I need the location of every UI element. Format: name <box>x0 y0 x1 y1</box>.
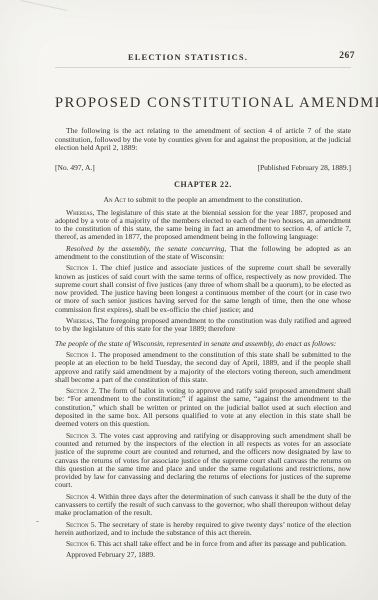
scan-crease-artifact <box>20 0 67 11</box>
page-number: 267 <box>339 51 355 61</box>
whereas-clause-1: Whereas, The legislature of this state a… <box>55 209 351 242</box>
running-header: ELECTION STATISTICS. 267 <box>55 52 351 63</box>
enacting-clause: The people of the state of Wisconsin, re… <box>55 340 351 348</box>
amendment-text-section-1: Section 1. The chief justice and associa… <box>55 264 351 314</box>
section-text: This act shall take effect and be in for… <box>98 539 347 548</box>
section-lead: Section 6. <box>66 539 96 548</box>
published-date: [Published February 28, 1889.] <box>257 163 351 172</box>
paragraph-text: The foregoing proposed amendment to the … <box>55 316 351 333</box>
act-section-5: Section 5. The secretary of state is her… <box>55 521 351 538</box>
chapter-heading: CHAPTER 22. <box>55 180 351 189</box>
scanned-book-page: ELECTION STATISTICS. 267 PROPOSED CONSTI… <box>0 0 378 600</box>
section-text: The votes cast approving and ratifying o… <box>55 431 351 490</box>
section-text: The secretary of state is hereby require… <box>55 520 351 537</box>
act-section-1: Section 1. The proposed amendment to the… <box>55 351 351 384</box>
act-caption-text: to submit to the people an amendment to … <box>128 195 303 204</box>
intro-paragraph: The following is the act relating to the… <box>55 127 351 153</box>
section-text: The form of ballot in voting to approve … <box>55 386 351 428</box>
bill-number: [No. 497, A.] <box>55 163 95 172</box>
act-section-3: Section 3. The votes cast approving and … <box>55 432 351 490</box>
paragraph-text: The legislature of this state at the bie… <box>55 208 351 242</box>
act-section-4: Section 4. Within three days after the d… <box>55 493 351 518</box>
act-caption: An Act to submit to the people an amendm… <box>55 195 351 204</box>
page-content: ELECTION STATISTICS. 267 PROPOSED CONSTI… <box>55 52 351 560</box>
act-caption-lead: An Act <box>104 195 126 204</box>
header-rule <box>55 67 351 68</box>
section-text: Within three days after the determinatio… <box>55 492 351 518</box>
whereas-clause-2: Whereas, The foregoing proposed amendmen… <box>55 317 351 334</box>
act-section-6: Section 6. This act shall take effect an… <box>55 540 351 548</box>
page-title: PROPOSED CONSTITUTIONAL AMENDMENT. <box>55 95 351 112</box>
act-section-2: Section 2. The form of ballot in voting … <box>55 387 351 428</box>
bill-publication-row: [No. 497, A.] [Published February 28, 18… <box>55 163 351 172</box>
approval-line: Approved February 27, 1889. <box>55 551 351 559</box>
running-header-title: ELECTION STATISTICS. <box>55 52 351 62</box>
section-text: The proposed amendment to the constituti… <box>55 350 351 384</box>
resolved-clause: Resolved by the assembly, the senate con… <box>55 245 351 262</box>
scan-speck <box>36 521 39 522</box>
paragraph-text: The chief justice and associate justices… <box>55 263 351 313</box>
